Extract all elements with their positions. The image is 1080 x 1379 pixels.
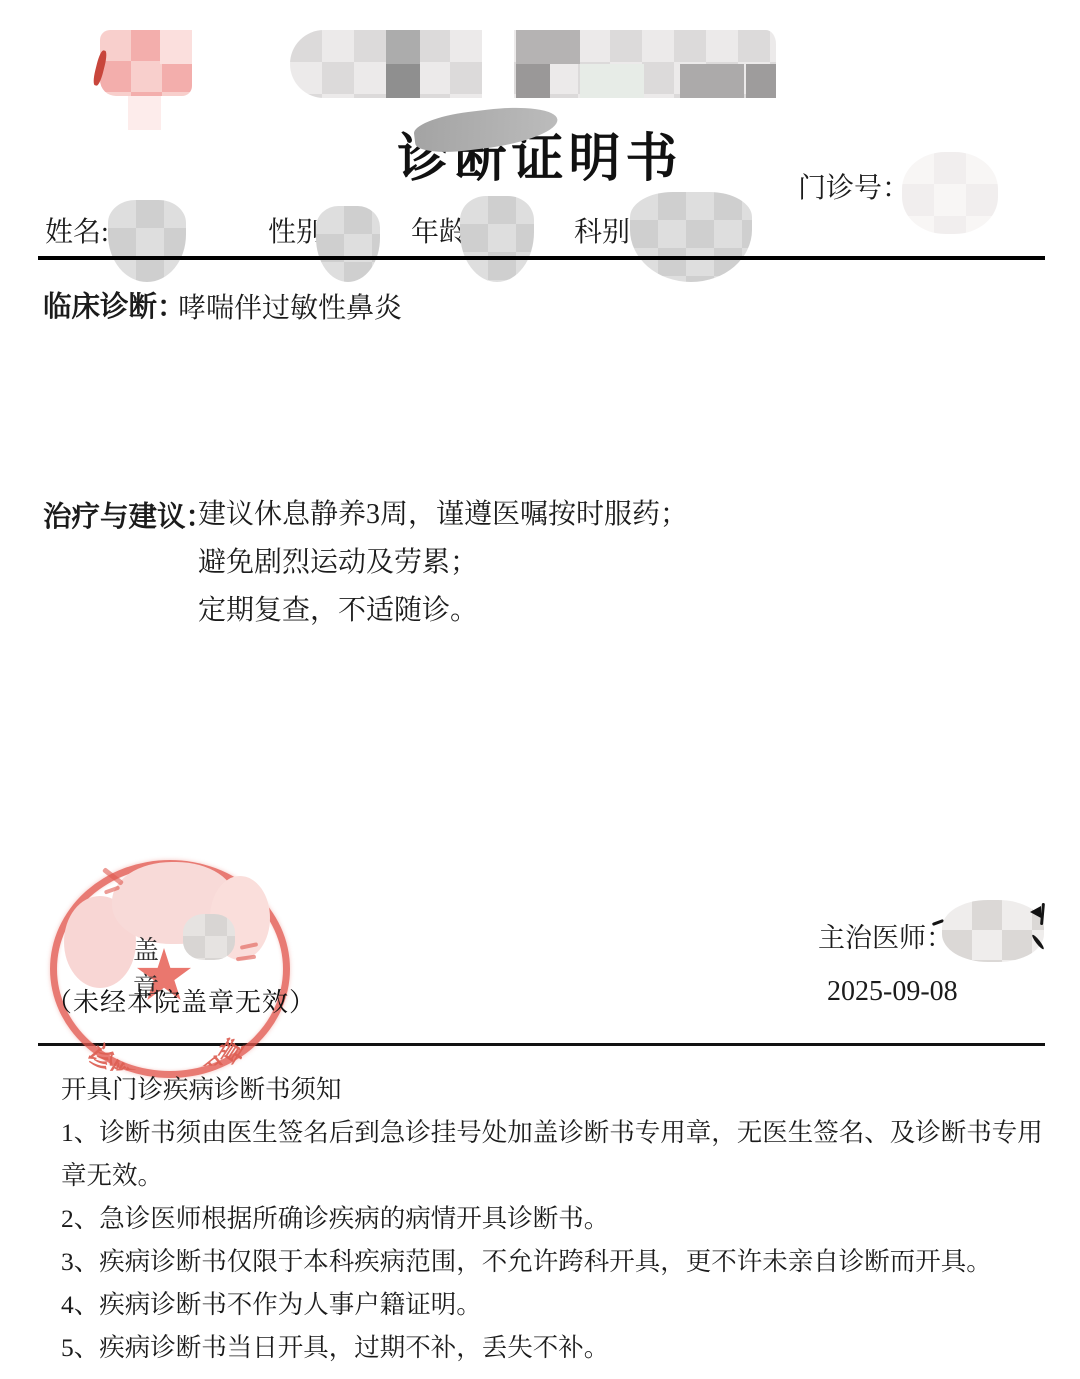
hospital-name-redacted-cell xyxy=(516,30,580,64)
form-divider-line xyxy=(38,256,1045,260)
notice-item: 4、疾病诊断书不作为人事户籍证明。 xyxy=(61,1283,1053,1326)
treatment-lines: 建议休息静养3周，谨遵医嘱按时服药； 避免剧烈运动及劳累； 定期复查，不适随诊。 xyxy=(198,491,688,635)
notice-item: 2、急诊医师根据所确诊疾病的病情开具诊断书。 xyxy=(61,1197,1053,1240)
signature-flag-stroke xyxy=(1030,906,1041,918)
physician-name-redacted xyxy=(942,900,1044,962)
outpatient-number-redacted xyxy=(902,152,998,234)
treatment-line: 定期复查，不适随诊。 xyxy=(198,587,688,635)
notes-title: 开具门诊疾病诊断书须知 xyxy=(61,1068,1053,1111)
hospital-name-redacted-cell xyxy=(580,64,644,98)
notice-item: 3、疾病诊断书仅限于本科疾病范围，不允许跨科开具，更不许未亲自诊断而开具。 xyxy=(61,1240,1053,1283)
gender-value-redacted xyxy=(316,206,380,282)
hospital-name-redacted-cell xyxy=(516,64,550,98)
department-label: 科别 xyxy=(574,210,630,250)
notice-item: 1、诊断书须由医生签名后到急诊挂号处加盖诊断书专用章，无医生签名、及诊断书专用章… xyxy=(61,1111,1053,1197)
validity-note: （未经本院盖章无效） xyxy=(46,982,316,1019)
outpatient-number-label: 门诊号： xyxy=(798,173,910,204)
signature-stroke xyxy=(1040,903,1045,925)
hospital-name-redacted-cell xyxy=(680,64,744,98)
hospital-name-redacted-cell xyxy=(386,64,420,98)
hospital-logo-redacted-cell xyxy=(160,30,192,64)
hospital-name-redacted-cell xyxy=(746,64,776,98)
clinical-diagnosis-label: 临床诊断： xyxy=(43,284,186,325)
stamp-arc-text: 诊断证明专用章 xyxy=(43,852,286,1074)
clinical-diagnosis-value: 哮喘伴过敏性鼻炎 xyxy=(178,286,402,326)
age-label: 年龄 xyxy=(411,210,467,250)
hospital-name-redacted-cell xyxy=(482,28,514,100)
diagnosis-certificate: 诊断证明书 门诊号：10 姓名: 性别 年龄 科别 临床诊断： 哮喘伴过敏性鼻炎… xyxy=(0,0,1080,1379)
notice-item: 5、疾病诊断书当日开具，过期不补，丢失不补。 xyxy=(61,1326,1053,1369)
treatment-line: 避免剧烈运动及劳累； xyxy=(198,539,688,587)
hospital-name-redacted-cell xyxy=(386,30,420,64)
treatment-label: 治疗与建议： xyxy=(43,494,214,535)
name-value-redacted xyxy=(108,200,186,282)
department-value-redacted xyxy=(630,192,752,282)
issue-date: 2025-09-08 xyxy=(827,976,958,1008)
name-label: 姓名: xyxy=(45,210,109,250)
treatment-line: 建议休息静养3周，谨遵医嘱按时服药； xyxy=(198,491,688,539)
age-value-redacted xyxy=(460,196,534,282)
notes-section: 开具门诊疾病诊断书须知 1、诊断书须由医生签名后到急诊挂号处加盖诊断书专用章，无… xyxy=(61,1068,1053,1369)
